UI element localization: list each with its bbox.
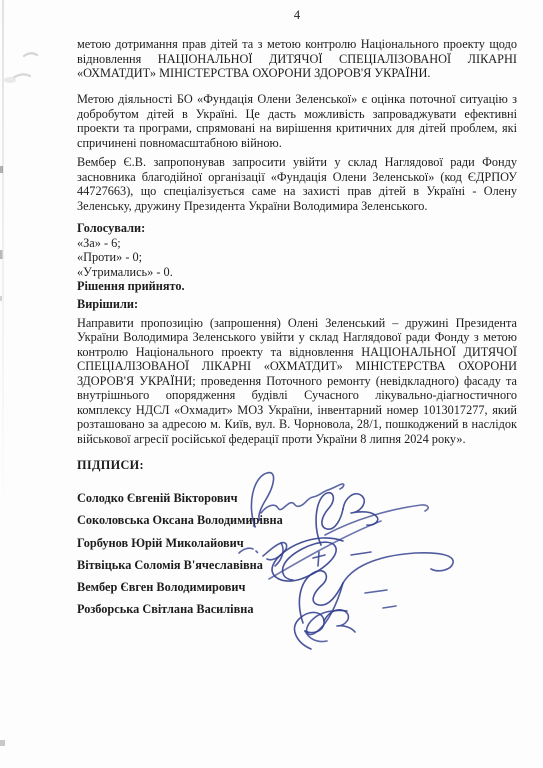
pencil-smudge — [13, 74, 30, 78]
handwritten-signatures — [225, 463, 470, 668]
vote-for: «За» - 6; — [77, 236, 517, 251]
signature-stroke — [318, 552, 319, 566]
voting-result: Рішення прийнято. — [77, 279, 517, 294]
signature-stroke — [256, 551, 258, 553]
signature-stroke — [365, 590, 387, 593]
signature-stroke — [351, 552, 371, 555]
decision-text: Направити пропозицію (запрошення) Олені … — [77, 316, 517, 447]
signature-stroke — [295, 612, 325, 649]
paragraph-foundation-purpose: Метою діяльності БО «Фундація Олени Зеле… — [77, 92, 517, 150]
decision-block: Вирішили: Направити пропозицію (запрошен… — [77, 297, 517, 446]
signature-stroke — [343, 494, 378, 525]
signature-stroke — [343, 553, 453, 583]
signature-stroke — [324, 610, 355, 632]
signature-stroke — [307, 583, 347, 635]
voting-block: Голосували: «За» - 6; «Проти» - 0; «Утри… — [77, 221, 517, 294]
paragraph-vember-proposal: Вембер Є.В. запропонував запросити увійт… — [77, 155, 517, 213]
page-number: 4 — [77, 8, 517, 23]
vote-against: «Проти» - 0; — [77, 250, 517, 265]
vote-abstained: «Утримались» - 0. — [77, 265, 517, 280]
signature-stroke — [383, 606, 396, 608]
paragraph-project-control: метою дотримання прав дітей та з метою к… — [77, 37, 517, 81]
signature-stroke — [325, 505, 428, 535]
scan-smudge — [4, 77, 16, 83]
pencil-smudge — [24, 53, 37, 56]
scan-edge-artifact — [2, 0, 4, 520]
signature-stroke — [251, 473, 273, 527]
scanned-document-page: 4 метою дотримання прав дітей та з метою… — [0, 0, 543, 768]
voting-heading: Голосували: — [77, 221, 517, 236]
scan-edge-mark — [0, 740, 5, 746]
decision-heading: Вирішили: — [77, 297, 517, 312]
signature-stroke — [239, 548, 253, 553]
signature-stroke — [261, 484, 344, 513]
